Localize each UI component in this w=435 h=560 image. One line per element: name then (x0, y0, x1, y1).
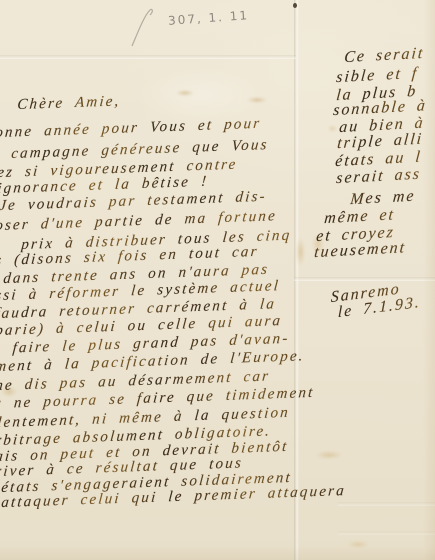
paper-edge-shadow-right (423, 0, 435, 560)
fox-stain (247, 97, 267, 103)
pencil-mark (128, 6, 158, 48)
fox-stain (176, 90, 194, 96)
paper-edge-shadow-bottom (0, 546, 435, 560)
horizontal-fold-crease-left (0, 55, 296, 59)
horizontal-fold-crease-bottom2 (338, 531, 435, 535)
right-page-line: serait ass (335, 166, 421, 189)
archival-number: 307, 1. 11 (168, 8, 250, 28)
fox-stain (296, 238, 305, 266)
fox-stain (347, 541, 369, 548)
right-page-line: tueusement (313, 239, 406, 262)
right-page-line: Ce serait (343, 45, 425, 67)
fox-stain (316, 451, 342, 459)
fold-pinhole-dot (293, 3, 297, 8)
horizontal-fold-crease-right (294, 277, 435, 281)
salutation: Chère Amie, (17, 93, 122, 114)
fox-stain (328, 125, 337, 132)
right-page-line: Mes me (349, 188, 416, 210)
horizontal-fold-crease-bottom (338, 502, 435, 506)
letter-photograph: 307, 1. 11 Chère Amie, onne année pour V… (0, 0, 435, 560)
